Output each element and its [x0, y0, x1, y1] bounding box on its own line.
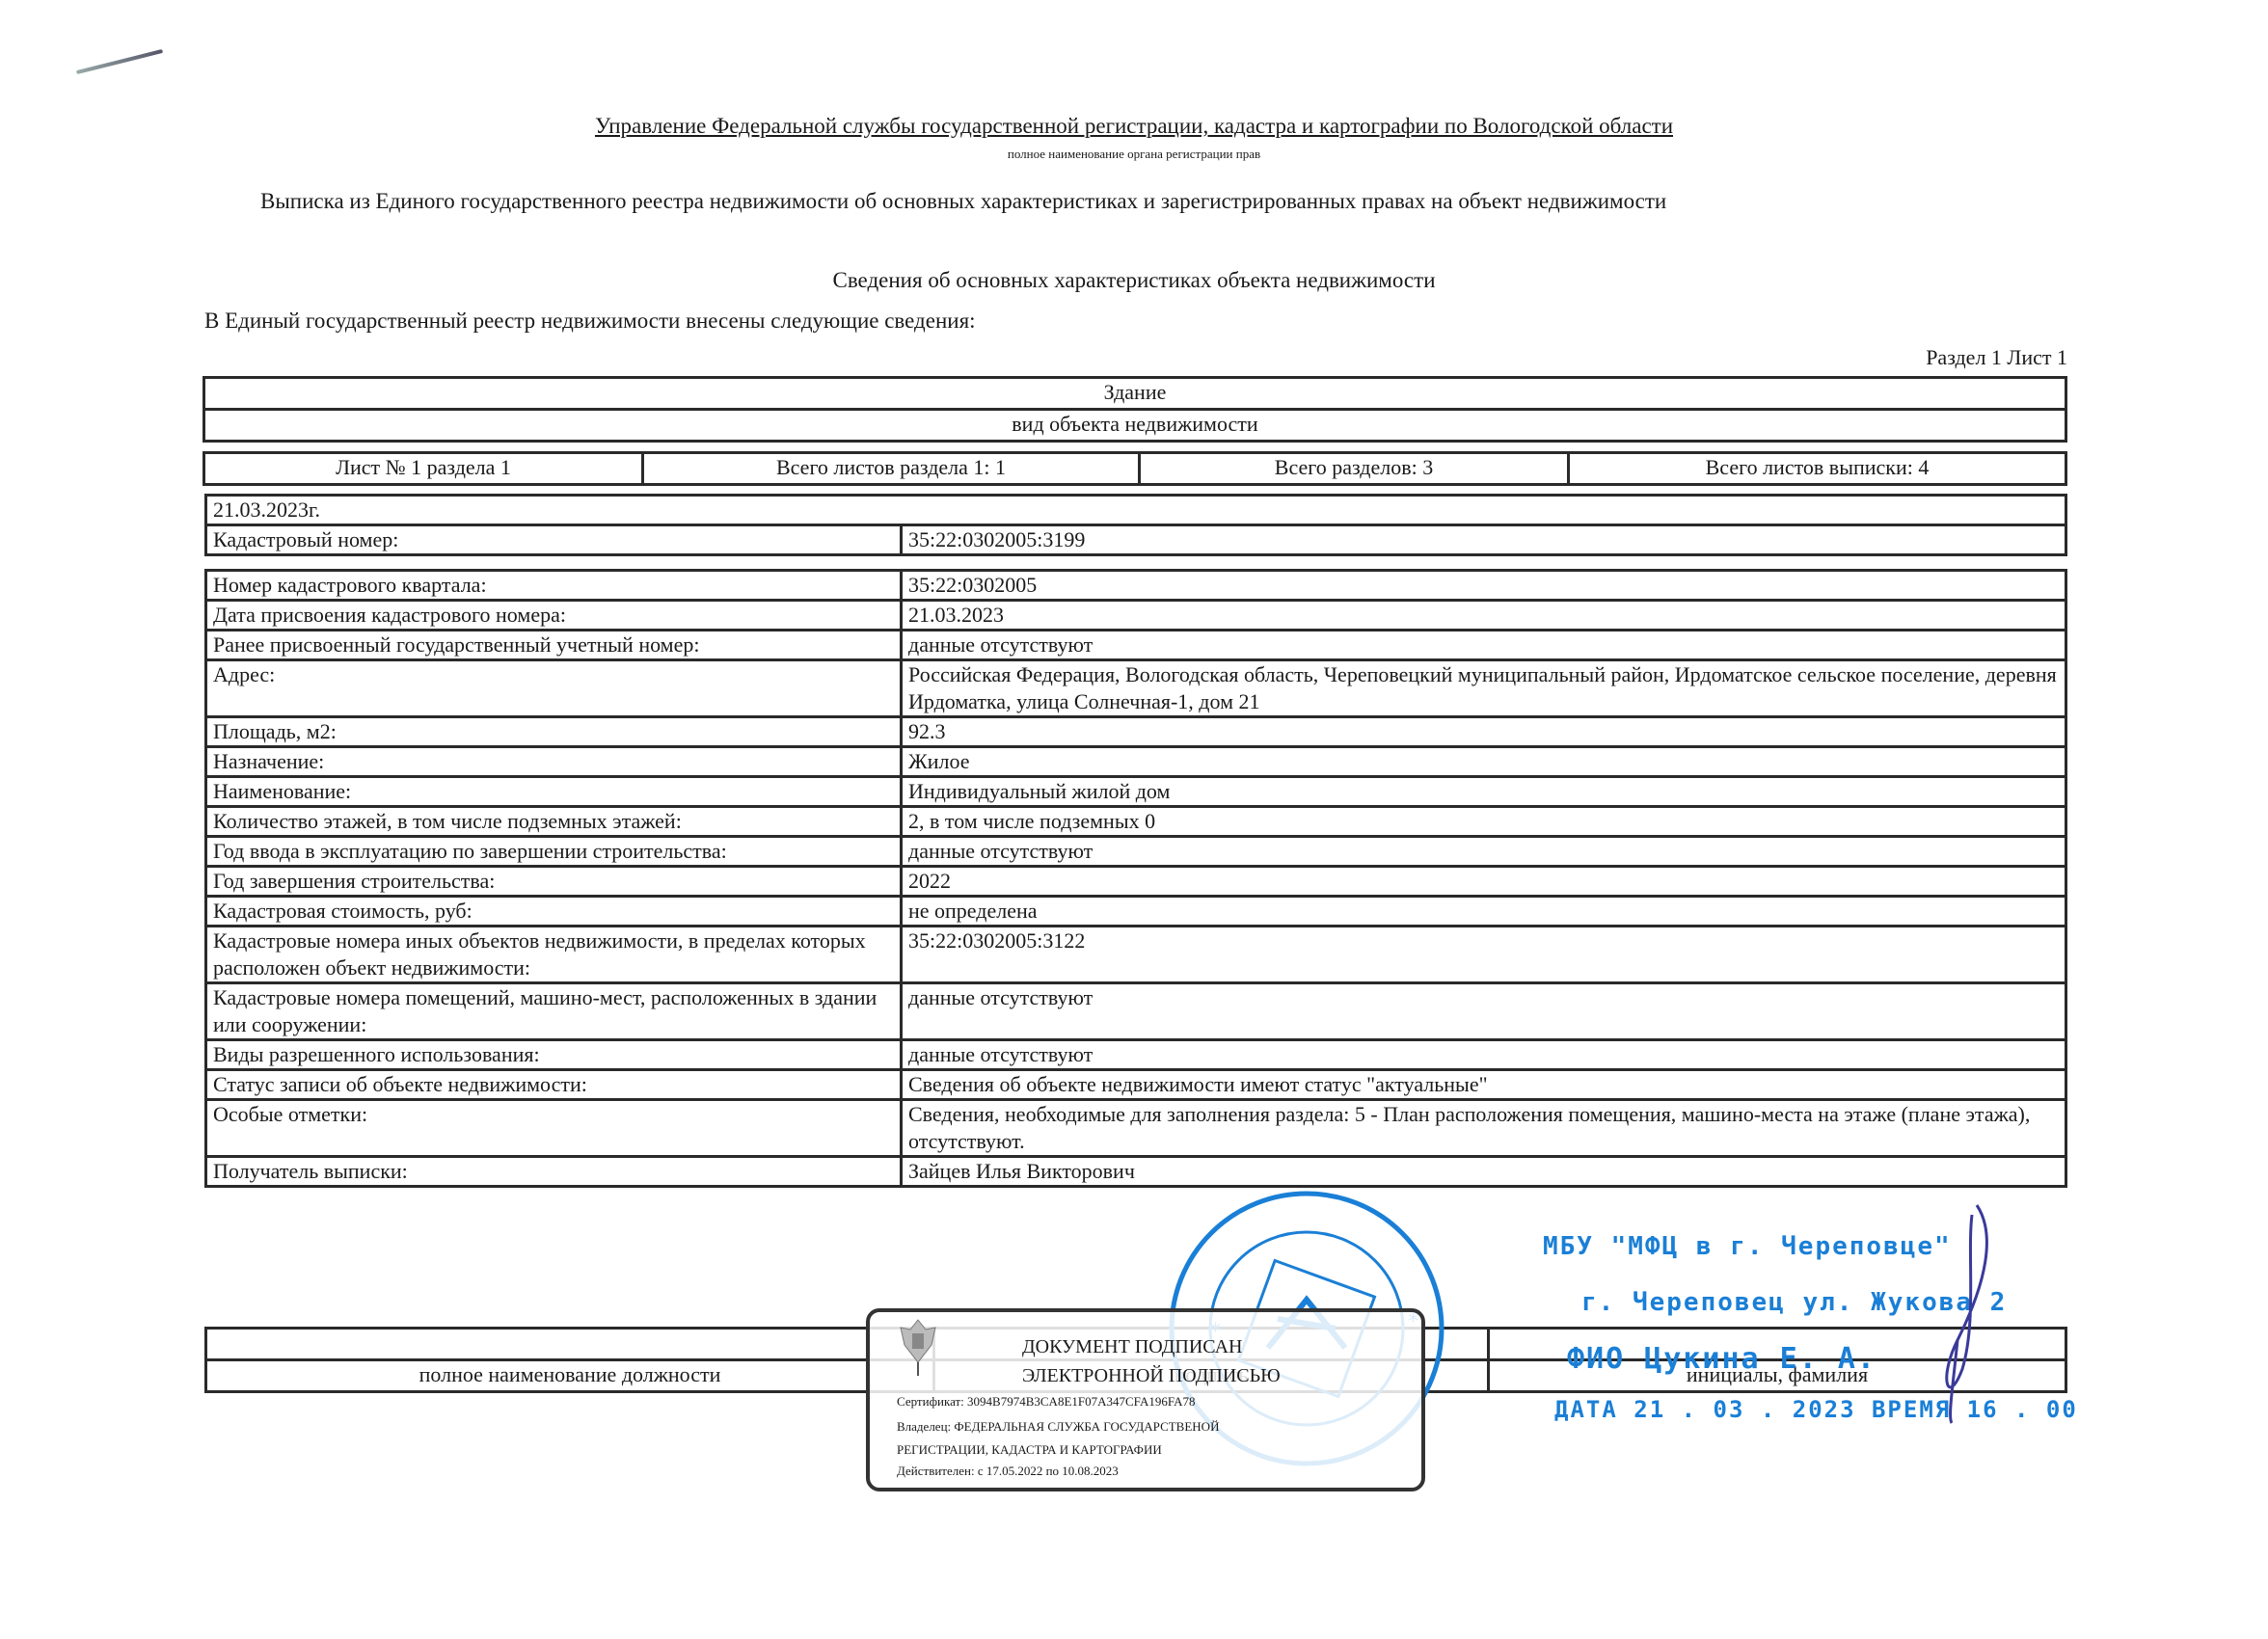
row-label: Особые отметки:	[206, 1100, 902, 1157]
mfc-stamp-line3: ФИО Цукина Е. А.	[1567, 1342, 1876, 1376]
row-label: Год завершения строительства:	[206, 867, 902, 897]
row-value: Сведения, необходимые для заполнения раз…	[902, 1100, 2066, 1157]
row-label: Количество этажей, в том числе подземных…	[206, 807, 902, 837]
e-sign-owner-line1: Владелец: ФЕДЕРАЛЬНАЯ СЛУЖБА ГОСУДАРСТВЕ…	[897, 1419, 1219, 1435]
table-row: Ранее присвоенный государственный учетны…	[206, 631, 2066, 660]
row-value: данные отсутствуют	[902, 631, 2066, 660]
coat-of-arms-icon	[897, 1316, 939, 1378]
cadastral-number-value: 35:22:0302005:3199	[902, 525, 2066, 555]
row-value: данные отсутствуют	[902, 983, 2066, 1040]
row-label: Дата присвоения кадастрового номера:	[206, 601, 902, 631]
e-sign-certificate: Сертификат: 3094B7974B3CA8E1F07A347CFA19…	[897, 1394, 1195, 1410]
sheets-table: Лист № 1 раздела 1 Всего листов раздела …	[202, 451, 2067, 486]
table-row: Площадь, м2:92.3	[206, 717, 2066, 747]
table-row: Адрес:Российская Федерация, Вологодская …	[206, 660, 2066, 717]
sheet-number: Лист № 1 раздела 1	[204, 453, 643, 485]
table-row: Назначение:Жилое	[206, 747, 2066, 777]
row-value: Индивидуальный жилой дом	[902, 777, 2066, 807]
section-title: Сведения об основных характеристиках объ…	[0, 268, 2268, 293]
row-value: 92.3	[902, 717, 2066, 747]
row-label: Кадастровая стоимость, руб:	[206, 897, 902, 927]
position-caption: полное наименование должности	[206, 1360, 934, 1392]
organization-name: Управление Федеральной службы государств…	[0, 114, 2268, 139]
table-row: Кадастровая стоимость, руб:не определена	[206, 897, 2066, 927]
table-row: Наименование:Индивидуальный жилой дом	[206, 777, 2066, 807]
document-title: Выписка из Единого государственного реес…	[260, 189, 1666, 214]
organization-caption: полное наименование органа регистрации п…	[0, 147, 2268, 162]
row-value: 35:22:0302005	[902, 571, 2066, 601]
row-label: Год ввода в эксплуатацию по завершении с…	[206, 837, 902, 867]
table-row: Год завершения строительства:2022	[206, 867, 2066, 897]
row-label: Адрес:	[206, 660, 902, 717]
e-sign-line2: ЭЛЕКТРОННОЙ ПОДПИСЬЮ	[1022, 1365, 1281, 1387]
row-value: данные отсутствуют	[902, 1040, 2066, 1070]
row-value: Российская Федерация, Вологодская област…	[902, 660, 2066, 717]
row-value: Сведения об объекте недвижимости имеют с…	[902, 1070, 2066, 1100]
object-kind-value: Здание	[204, 378, 2066, 410]
handwritten-signature-icon	[1919, 1196, 2006, 1427]
sections-total: Всего разделов: 3	[1140, 453, 1569, 485]
extract-sheets-total: Всего листов выписки: 4	[1569, 453, 2066, 485]
row-value: Жилое	[902, 747, 2066, 777]
e-sign-owner-line2: РЕГИСТРАЦИИ, КАДАСТРА И КАРТОГРАФИИ	[897, 1442, 1162, 1458]
row-value: 21.03.2023	[902, 601, 2066, 631]
object-kind-caption: вид объекта недвижимости	[204, 410, 2066, 442]
record-header-table: 21.03.2023г. Кадастровый номер: 35:22:03…	[204, 494, 2067, 556]
pen-mark	[76, 49, 163, 74]
table-row: Дата присвоения кадастрового номера:21.0…	[206, 601, 2066, 631]
row-label: Получатель выписки:	[206, 1157, 902, 1187]
row-label: Номер кадастрового квартала:	[206, 571, 902, 601]
row-value: не определена	[902, 897, 2066, 927]
intro-text: В Единый государственный реестр недвижим…	[204, 309, 976, 334]
row-value: данные отсутствуют	[902, 837, 2066, 867]
row-label: Назначение:	[206, 747, 902, 777]
record-date: 21.03.2023г.	[206, 496, 2066, 525]
cadastral-number-label: Кадастровый номер:	[206, 525, 902, 555]
row-label: Виды разрешенного использования:	[206, 1040, 902, 1070]
row-label: Статус записи об объекте недвижимости:	[206, 1070, 902, 1100]
table-row: Особые отметки:Сведения, необходимые для…	[206, 1100, 2066, 1157]
mfc-stamp-line1: МБУ "МФЦ в г. Череповце"	[1543, 1232, 1952, 1261]
table-row: Кадастровые номера иных объектов недвижи…	[206, 927, 2066, 983]
row-value: 2022	[902, 867, 2066, 897]
table-row: Кадастровые номера помещений, машино-мес…	[206, 983, 2066, 1040]
table-row: Год ввода в эксплуатацию по завершении с…	[206, 837, 2066, 867]
e-sign-validity: Действителен: с 17.05.2022 по 10.08.2023	[897, 1464, 1119, 1479]
e-sign-line1: ДОКУМЕНТ ПОДПИСАН	[1022, 1336, 1243, 1358]
row-label: Ранее присвоенный государственный учетны…	[206, 631, 902, 660]
section-reference: Раздел 1 Лист 1	[1926, 345, 2067, 370]
table-row: Виды разрешенного использования:данные о…	[206, 1040, 2066, 1070]
object-kind-table: Здание вид объекта недвижимости	[202, 376, 2067, 443]
row-value: 2, в том числе подземных 0	[902, 807, 2066, 837]
table-row: Статус записи об объекте недвижимости:Св…	[206, 1070, 2066, 1100]
row-value: Зайцев Илья Викторович	[902, 1157, 2066, 1187]
position-blank	[206, 1329, 934, 1360]
row-label: Кадастровые номера помещений, машино-мес…	[206, 983, 902, 1040]
row-label: Кадастровые номера иных объектов недвижи…	[206, 927, 902, 983]
table-row: Количество этажей, в том числе подземных…	[206, 807, 2066, 837]
row-value: 35:22:0302005:3122	[902, 927, 2066, 983]
row-label: Наименование:	[206, 777, 902, 807]
characteristics-table: Номер кадастрового квартала:35:22:030200…	[204, 569, 2067, 1188]
section-sheets-total: Всего листов раздела 1: 1	[643, 453, 1140, 485]
table-row: Номер кадастрового квартала:35:22:030200…	[206, 571, 2066, 601]
row-label: Площадь, м2:	[206, 717, 902, 747]
table-row: Получатель выписки:Зайцев Илья Викторови…	[206, 1157, 2066, 1187]
